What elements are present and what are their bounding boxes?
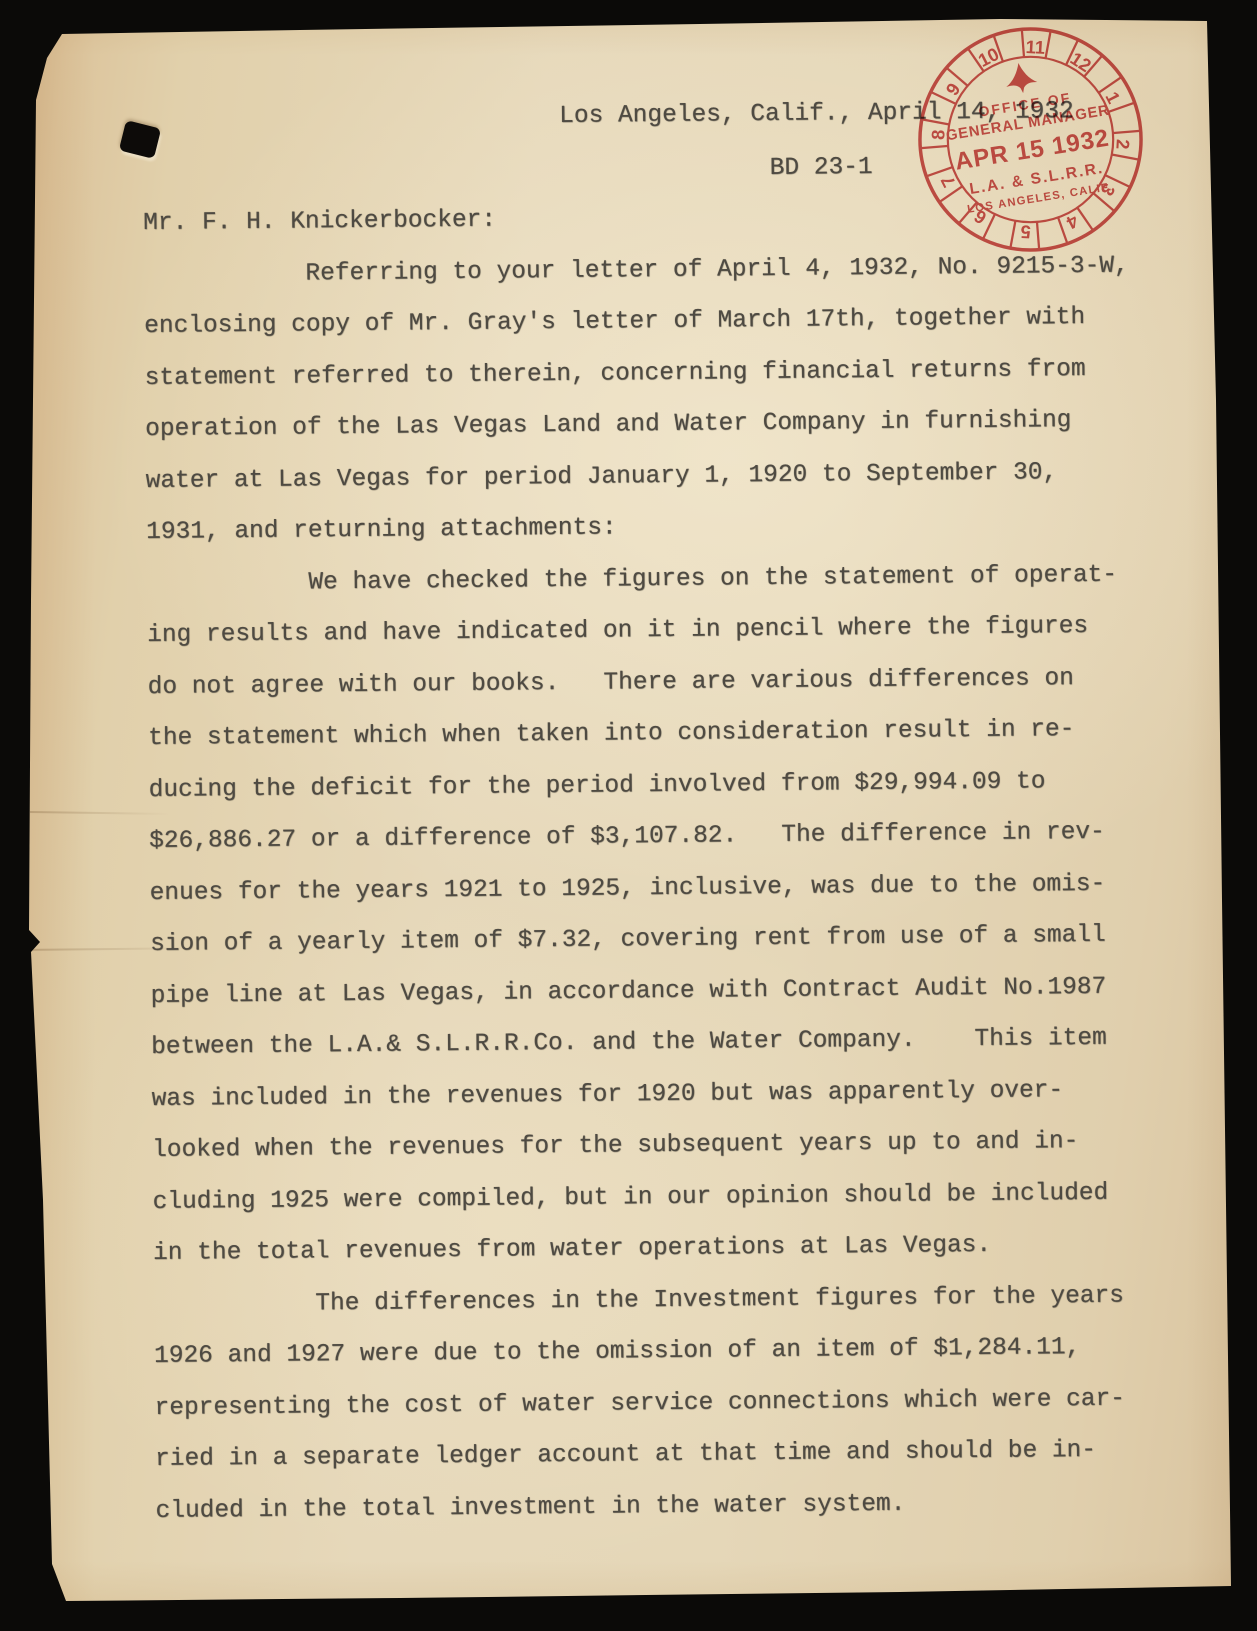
letter-line: operation of the Las Vegas Land and Wate… bbox=[145, 394, 1145, 455]
letter-line: 1926 and 1927 were due to the omission o… bbox=[154, 1321, 1154, 1382]
letter-line: ing results and have indicated on it in … bbox=[147, 600, 1147, 661]
dial-tick bbox=[1112, 131, 1140, 133]
letter-line: 1931, and returning attachments: bbox=[146, 497, 1146, 558]
dial-tick bbox=[1111, 154, 1138, 159]
letter-line: cluding 1925 were compiled, but in our o… bbox=[152, 1167, 1152, 1228]
letter-line: between the L.A.& S.L.R.R.Co. and the Wa… bbox=[151, 1012, 1151, 1073]
dial-number: 7 bbox=[936, 172, 959, 191]
letter-line: ducing the deficit for the period involv… bbox=[148, 755, 1148, 816]
dial-tick bbox=[927, 167, 953, 176]
dial-tick bbox=[1108, 103, 1134, 112]
dial-tick bbox=[923, 120, 950, 125]
letter-line: looked when the revenues for the subsequ… bbox=[152, 1115, 1152, 1176]
dial-tick bbox=[1058, 217, 1067, 243]
letter-line: $26,886.27 or a difference of $3,107.82.… bbox=[149, 806, 1149, 867]
dial-tick bbox=[1022, 30, 1024, 58]
dial-number: 5 bbox=[1020, 221, 1031, 243]
dial-tick bbox=[1037, 221, 1039, 249]
letter-line: enues for the years 1921 to 1925, inclus… bbox=[149, 858, 1149, 919]
letter-line: representing the cost of water service c… bbox=[154, 1373, 1154, 1434]
typewritten-text: Los Angeles, Calif., April 14, 1932 BD 2… bbox=[143, 188, 1156, 1537]
dial-tick bbox=[921, 146, 949, 148]
letter-line: do not agree with our books. There are v… bbox=[147, 652, 1147, 713]
received-stamp: 123456789101112 OFFICE OF GENERAL MANAGE… bbox=[913, 22, 1148, 257]
letter-line: sion of a yearly item of $7.32, covering… bbox=[150, 909, 1150, 970]
letter-line: ried in a separate ledger account at tha… bbox=[155, 1424, 1155, 1485]
file-number: BD 23-1 bbox=[770, 142, 873, 194]
stamp-center: OFFICE OF GENERAL MANAGER APR 15 1932 L.… bbox=[937, 50, 1123, 217]
winged-arrow-icon bbox=[1003, 61, 1039, 96]
dial-number: 4 bbox=[1063, 210, 1082, 234]
dial-tick bbox=[1011, 220, 1016, 247]
dial-number: 12 bbox=[1067, 47, 1095, 76]
letter-body: Mr. F. H. Knickerbocker: Referring to yo… bbox=[143, 188, 1156, 1537]
letter-line: in the total revenues from water operati… bbox=[153, 1218, 1153, 1279]
scanned-letter-photo: Los Angeles, Calif., April 14, 1932 BD 2… bbox=[0, 0, 1257, 1631]
dial-number: 2 bbox=[1112, 139, 1134, 150]
letter-line: We have checked the figures on the state… bbox=[146, 549, 1146, 610]
letter-paper: Los Angeles, Calif., April 14, 1932 BD 2… bbox=[0, 0, 1257, 1631]
letter-line: was included in the revenues for 1920 bu… bbox=[151, 1064, 1151, 1125]
letter-line: the statement which when taken into cons… bbox=[148, 703, 1148, 764]
letter-line: statement referred to therein, concernin… bbox=[144, 343, 1144, 404]
dial-tick bbox=[1045, 32, 1050, 59]
dial-number: 11 bbox=[1025, 36, 1045, 58]
letter-line: water at Las Vegas for period January 1,… bbox=[145, 446, 1145, 507]
letter-line: cluded in the total investment in the wa… bbox=[155, 1476, 1155, 1537]
letter-line: enclosing copy of Mr. Gray's letter of M… bbox=[144, 291, 1144, 352]
